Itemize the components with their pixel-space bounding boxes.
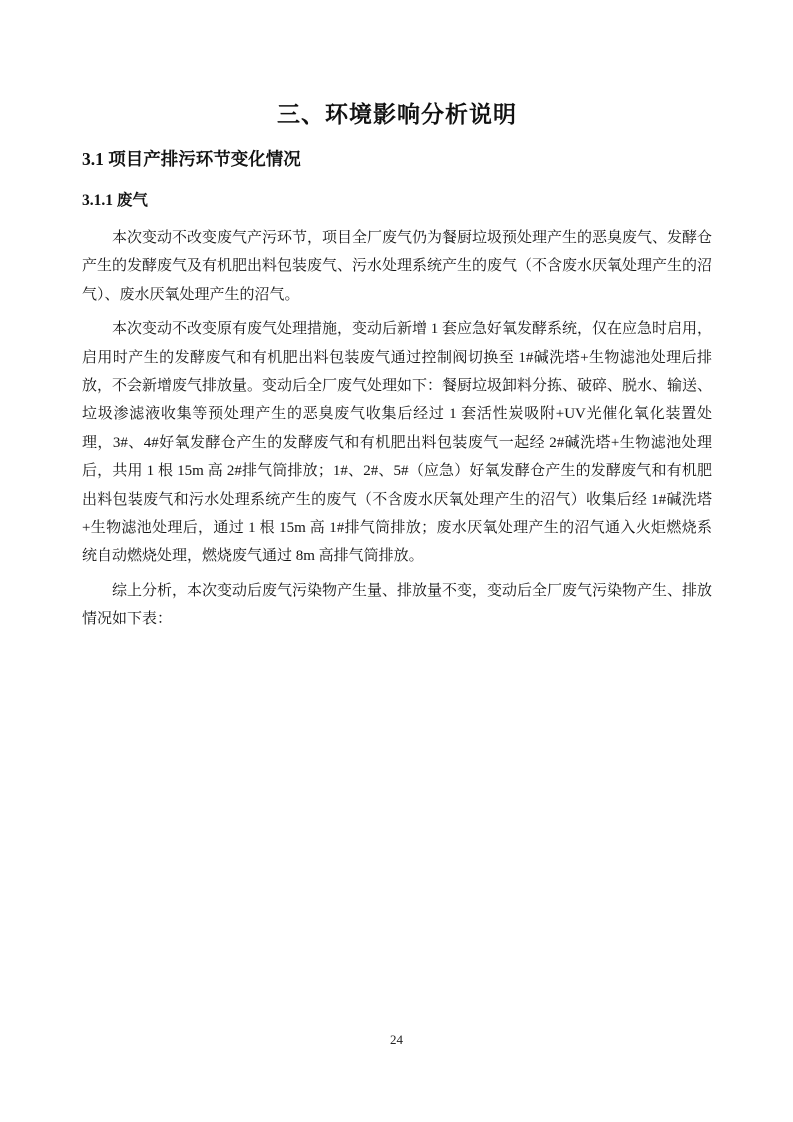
document-page: 三、环境影响分析说明 3.1 项目产排污环节变化情况 3.1.1 废气 本次变动… — [0, 0, 793, 1122]
subsection-heading: 3.1.1 废气 — [82, 190, 712, 211]
paragraph-summary: 综上分析，本次变动后废气污染物产生量、排放量不变，变动后全厂废气污染物产生、排放… — [82, 577, 712, 634]
paragraph-gas-pollution-links: 本次变动不改变废气产污环节，项目全厂废气仍为餐厨垃圾预处理产生的恶臭废气、发酵仓… — [82, 224, 712, 309]
paragraph-gas-treatment-measures: 本次变动不改变原有废气处理措施，变动后新增 1 套应急好氧发酵系统，仅在应急时启… — [82, 315, 712, 571]
chapter-title: 三、环境影响分析说明 — [82, 99, 712, 130]
section-heading: 3.1 项目产排污环节变化情况 — [82, 147, 712, 171]
page-number: 24 — [0, 1032, 793, 1048]
